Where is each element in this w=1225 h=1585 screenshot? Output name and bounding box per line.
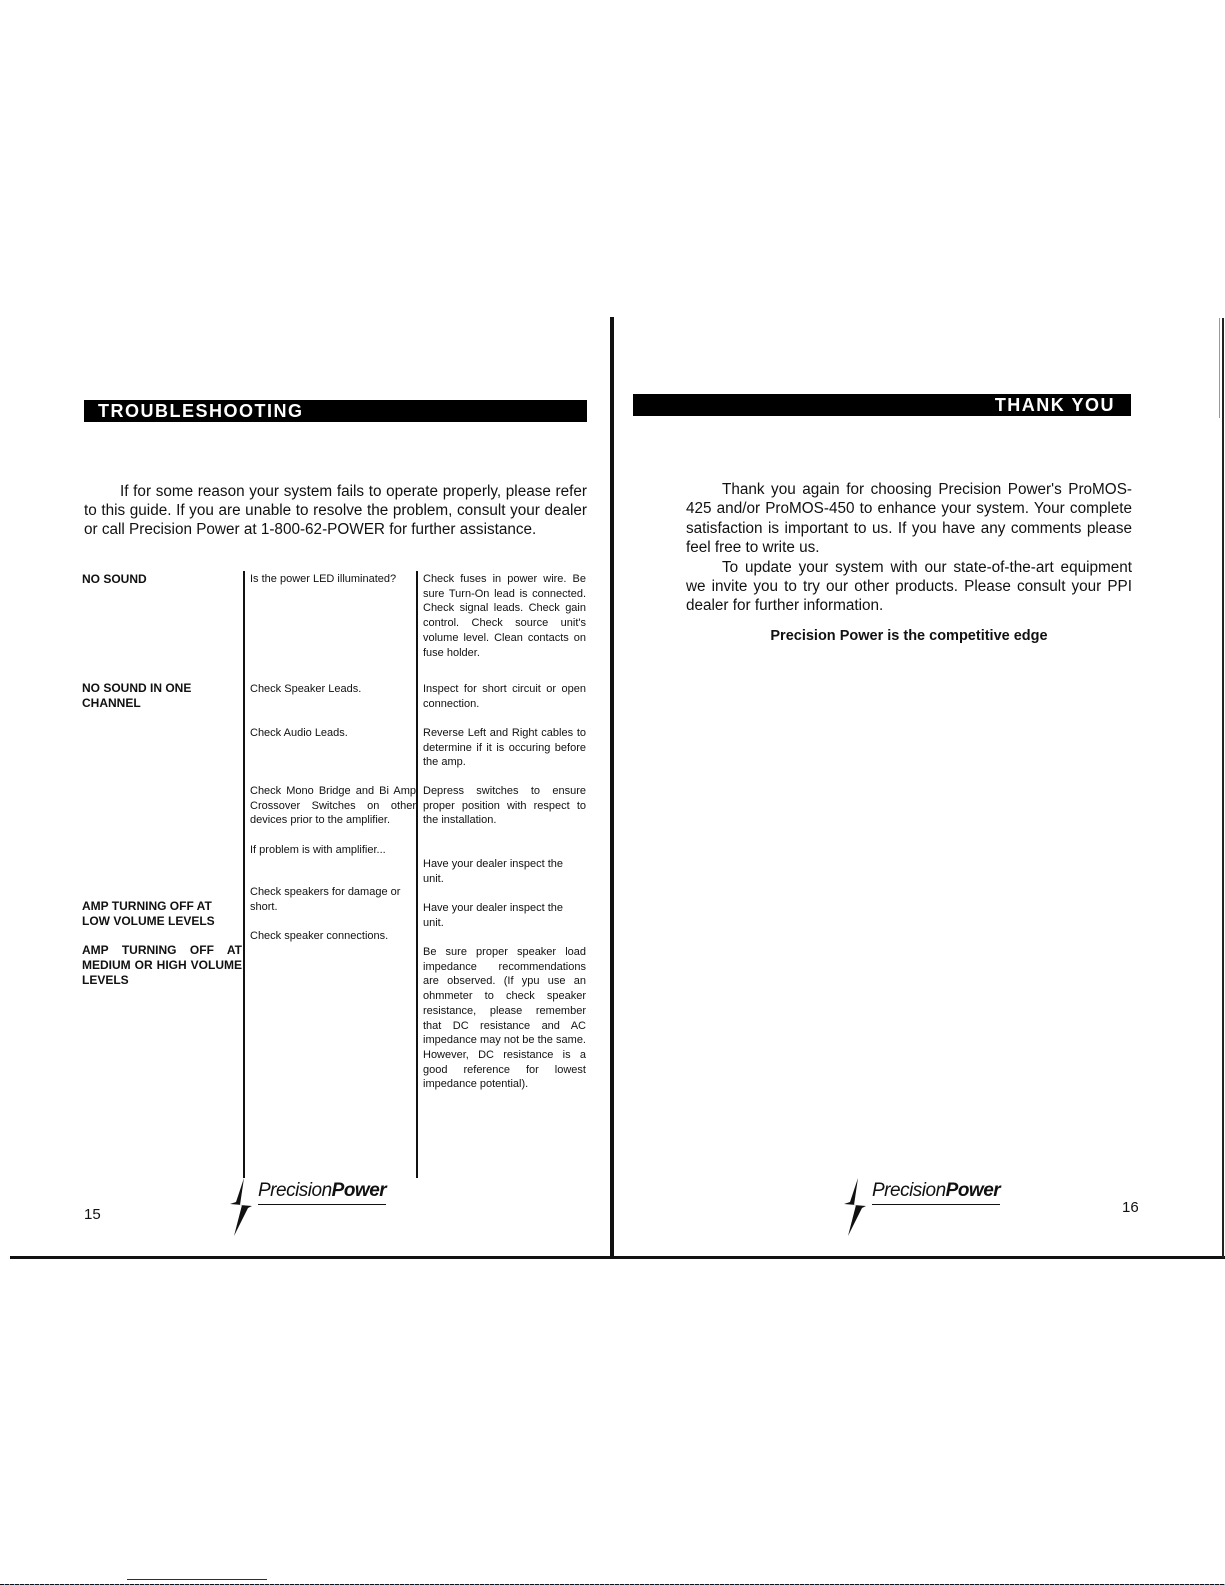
troubleshooting-intro: If for some reason your system fails to … bbox=[84, 482, 587, 539]
lightning-bolt-icon bbox=[844, 1178, 866, 1236]
check-audio-leads: Check Audio Leads. bbox=[250, 726, 416, 741]
solution-switches: Depress switches to ensure proper positi… bbox=[423, 784, 586, 828]
thank-you-paragraph-1: Thank you again for choosing Precision P… bbox=[686, 480, 1132, 558]
thank-you-text: Thank you again for choosing Precision P… bbox=[686, 480, 1132, 616]
solution-dealer-1: Have your dealer inspect the unit. bbox=[423, 857, 586, 886]
thank-you-header: THANK YOU bbox=[633, 394, 1131, 416]
page-spine bbox=[610, 317, 614, 1259]
troubleshooting-header: TROUBLESHOOTING bbox=[84, 400, 587, 422]
check-mono-bridge: Check Mono Bridge and Bi Amp Crossover S… bbox=[250, 784, 416, 828]
problem-amp-off-medium-high: AMP TURNING OFF AT MEDIUM OR HIGH VOLUME… bbox=[82, 943, 242, 988]
problem-amp-off-low: AMP TURNING OFF AT LOW VOLUME LEVELS bbox=[82, 899, 242, 929]
precision-power-logo-left: PrecisionPower bbox=[230, 1178, 386, 1236]
logo-wordmark: PrecisionPower bbox=[258, 1180, 386, 1205]
precision-power-logo-right: PrecisionPower bbox=[844, 1178, 1000, 1236]
problem-no-sound-one-channel: NO SOUND IN ONE CHANNEL bbox=[82, 681, 202, 711]
solution-impedance: Be sure proper speaker load impedance re… bbox=[423, 945, 586, 1092]
check-amplifier: If problem is with amplifier... bbox=[250, 843, 416, 858]
solution-speaker-leads: Inspect for short circuit or open connec… bbox=[423, 682, 586, 711]
right-page-edge bbox=[1222, 318, 1224, 1258]
scroll-indicator[interactable] bbox=[127, 1579, 267, 1580]
problem-no-sound: NO SOUND bbox=[82, 572, 242, 587]
page-number-left: 15 bbox=[84, 1206, 101, 1223]
tagline: Precision Power is the competitive edge bbox=[686, 628, 1132, 644]
solution-no-sound: Check fuses in power wire. Be sure Turn-… bbox=[423, 572, 586, 660]
thank-you-paragraph-2: To update your system with our state-of-… bbox=[686, 558, 1132, 616]
check-speaker-leads: Check Speaker Leads. bbox=[250, 682, 416, 697]
solution-dealer-2: Have your dealer inspect the unit. bbox=[423, 901, 586, 930]
page-number-right: 16 bbox=[1122, 1199, 1139, 1216]
lightning-bolt-icon bbox=[230, 1178, 252, 1236]
check-speakers-damage: Check speakers for damage or short. bbox=[250, 885, 416, 914]
check-power-led: Is the power LED illuminated? bbox=[250, 572, 416, 587]
table-divider-1 bbox=[243, 571, 245, 1178]
check-speaker-connections: Check speaker connections. bbox=[250, 929, 416, 944]
solution-audio-leads: Reverse Left and Right cables to determi… bbox=[423, 726, 586, 770]
logo-wordmark: PrecisionPower bbox=[872, 1180, 1000, 1205]
bottom-rule bbox=[10, 1256, 1225, 1259]
table-divider-2 bbox=[416, 571, 418, 1178]
intro-paragraph: If for some reason your system fails to … bbox=[84, 482, 587, 539]
right-page-edge-shadow bbox=[1219, 318, 1220, 418]
